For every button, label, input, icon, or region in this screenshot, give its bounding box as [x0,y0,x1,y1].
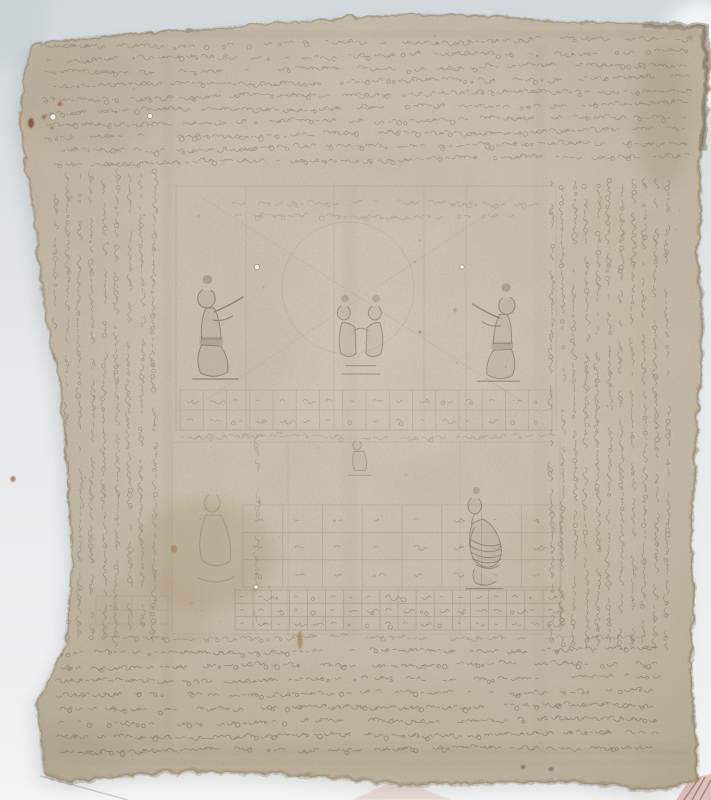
ink-spot [549,767,554,771]
worn-hole [254,264,259,269]
stain [390,180,570,320]
ink-spot [454,308,457,312]
ink-spot [171,545,177,553]
ink-spot [42,115,46,119]
worn-hole [148,114,153,119]
ink-spot [58,102,62,106]
ink-spot [521,765,525,769]
fold-crease [44,32,698,36]
ink-spot [419,331,422,334]
fold-crease [343,186,357,640]
stain [636,48,688,188]
manuscript-photo-svg [0,0,711,800]
worn-hole [460,265,464,269]
stain [20,50,160,150]
worn-hole [50,114,56,120]
stain [390,450,470,510]
ink-spot [298,631,303,649]
ink-spot [51,127,54,130]
ink-spot [11,476,16,482]
worn-hole [254,585,258,589]
fold-crease [535,44,545,756]
ink-spot [28,118,34,128]
stain [170,200,250,260]
manuscript-photo: Photograph of an aged, frayed cloth manu… [0,0,711,800]
cloth-surface [10,5,710,795]
stain [180,300,300,380]
